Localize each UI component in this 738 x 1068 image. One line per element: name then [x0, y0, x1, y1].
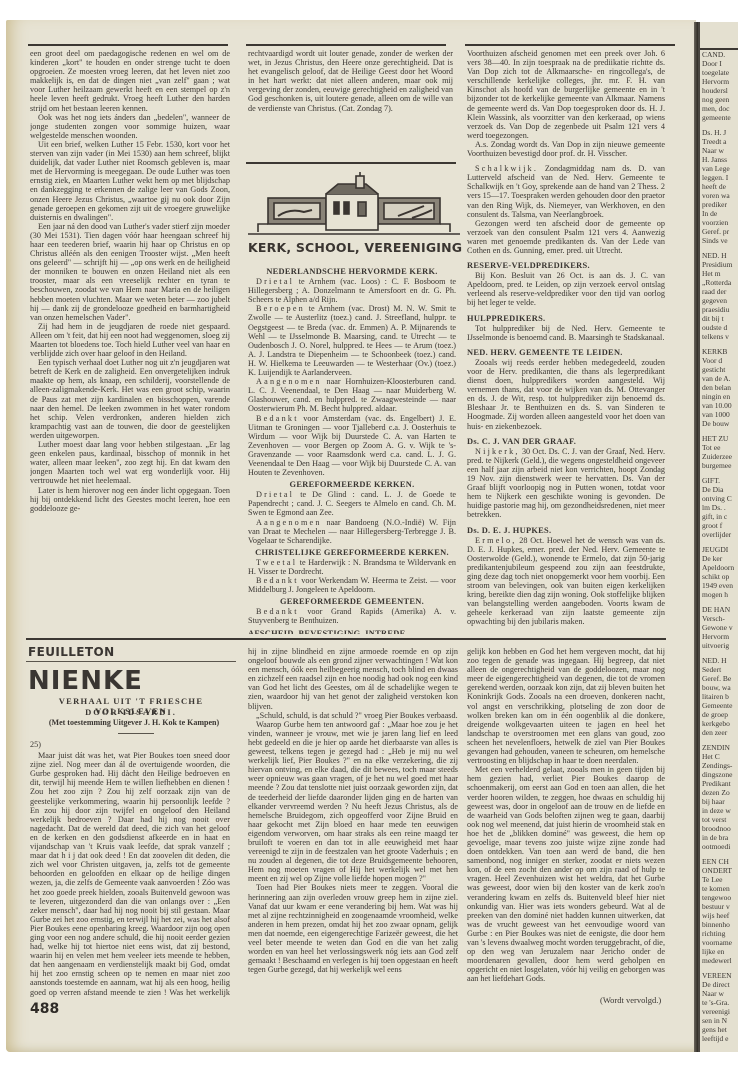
next-page-fragment: bestuur v: [702, 902, 738, 911]
news-heading: AFSCHEID, BEVESTIGING, INTREDE.: [248, 629, 456, 634]
next-page-fragment: te 's-Gra.: [702, 998, 738, 1007]
next-page-fragment: voorname: [702, 938, 738, 947]
next-page-fragment: heeft de: [702, 182, 738, 191]
next-page-fragment: ontving C: [702, 494, 738, 503]
news-item-text: A.s. Zondag wordt ds. Van Dop in zijn ni…: [467, 140, 665, 158]
next-page-fragment: Het C: [702, 752, 738, 761]
next-page-fragment: Door I: [702, 59, 738, 68]
next-page-fragment: Ds. H. J: [702, 128, 738, 137]
next-page-fragment: dit bij t: [702, 314, 738, 323]
next-page-fragment: NED. H: [702, 656, 738, 665]
next-page-fragment: lm Ds. .: [702, 503, 738, 512]
next-page-fragment: Voor d: [702, 356, 738, 365]
news-item-lead: Bedankt: [256, 414, 299, 423]
next-page-fragment: Geref. pr: [702, 227, 738, 236]
next-page-fragment: groot f: [702, 521, 738, 530]
next-page-fragment: NED. H: [702, 251, 738, 260]
article-paragraph: Zij had hem in de jeugdjaren de roede ni…: [30, 322, 230, 358]
next-page-fragment: dingszone: [702, 770, 738, 779]
next-page-fragment: richting: [702, 929, 738, 938]
section-banner: KERK, SCHOOL, VEREENIGING: [248, 172, 460, 250]
next-page-fragment: overlijder: [702, 530, 738, 539]
news-item-lead: Bedankt: [256, 607, 299, 616]
article-paragraph: Uit een brief, welken Luther 15 Febr. 15…: [30, 140, 230, 222]
next-page-fragment: tengewoo: [702, 893, 738, 902]
news-item-lead: Tweetal: [256, 558, 297, 567]
next-page-fragment: EEN CH: [702, 857, 738, 866]
next-page-fragment: uitvoerig: [702, 641, 738, 650]
column-rule: [465, 44, 675, 46]
news-item-text: Tot hulpprediker bij de Ned. Herv. Gemee…: [467, 324, 665, 342]
next-page-fragment: wijs heef: [702, 911, 738, 920]
next-page-fragment: prediker: [702, 200, 738, 209]
next-page-fragment: In de: [702, 209, 738, 218]
article-paragraph: Ook was het nog iets ánders dan „bedelen…: [30, 113, 230, 140]
next-page-fragment: De direct: [702, 980, 738, 989]
news-item: Tweetal te Harderwijk : N. Brandsma te W…: [248, 558, 456, 576]
next-page-fragment: H. Janss: [702, 155, 738, 164]
news-heading: Ds. C. J. VAN DER GRAAF.: [467, 437, 665, 446]
next-page-fragment: 1949 even: [702, 581, 738, 590]
next-page-fragment: toegelate: [702, 68, 738, 77]
next-page-fragment: ONDERT: [702, 866, 738, 875]
next-page-fragment: ningin en: [702, 392, 738, 401]
next-page-fragment: bouw, wa: [702, 683, 738, 692]
next-page-fragment: gens het: [702, 1025, 738, 1034]
next-page-fragment: mogen h: [702, 590, 738, 599]
next-page-fragment: medewerl: [702, 956, 738, 965]
next-page-fragment: van de A.: [702, 374, 738, 383]
next-page-fragment: binnenho: [702, 920, 738, 929]
next-page-fragment: Presidium: [702, 260, 738, 269]
news-item: Tot hulpprediker bij de Ned. Herv. Gemee…: [467, 324, 665, 342]
next-page-fragment: KERKB: [702, 347, 738, 356]
next-page-fragment: De ker: [702, 554, 738, 563]
next-page-fragment: Gemeente: [702, 701, 738, 710]
next-page-fragment: in de bra: [702, 833, 738, 842]
news-heading: NEDERLANDSCHE HERVORMDE KERK.: [248, 267, 456, 276]
story-paragraph: Maar juist dát was het, wat Pier Boukes …: [30, 751, 230, 998]
news-item-lead: Beroepen: [256, 304, 305, 313]
next-page-fragment: van Lege: [702, 164, 738, 173]
next-page-fragment: houdersl: [702, 86, 738, 95]
news-heading: CHRISTELIJKE GEREFORMEERDE KERKEN.: [248, 548, 456, 557]
next-page-fragment: kerkgebo: [702, 719, 738, 728]
news-item: Bedankt voor Grand Rapids (Amerika) A. v…: [248, 607, 456, 625]
next-page-fragment: JEUGDI: [702, 545, 738, 554]
news-item: Aangenomen naar Bandoeng (N.O.-Indië) W.…: [248, 518, 456, 545]
short-rule: [118, 733, 154, 734]
next-page-fragment: van 10.00: [702, 401, 738, 410]
next-page-fragment: Sinds ve: [702, 236, 738, 245]
news-item: Bedankt voor Werkendam W. Heerma te Zeis…: [248, 576, 456, 594]
feuilleton-column-1: 25) Maar juist dát was het, wat Pier Bou…: [30, 740, 230, 998]
news-paragraph: A.s. Zondag wordt ds. Van Dop in zijn ni…: [467, 140, 665, 158]
story-paragraph: Waarop Gurbe hem ten antwoord gaf : „Maa…: [248, 720, 458, 884]
story-title: NIENKE: [28, 666, 143, 696]
next-page-fragment: Zendings-: [702, 761, 738, 770]
news-heading: Ds. D. E. J. HUPKES.: [467, 526, 665, 535]
story-paragraph: gelijk kon hebben en God het hem vergeve…: [467, 647, 665, 765]
next-page-fragment: Gewone v: [702, 623, 738, 632]
next-page-fragment: gift, in c: [702, 512, 738, 521]
next-page-fragment: tot verst: [702, 815, 738, 824]
next-page-fragment: VEREEN: [702, 971, 738, 980]
news-heading: NED. HERV. GEMEENTE TE LEIDEN.: [467, 348, 665, 357]
news-item-text: Voorthuizen afscheid genomen met een pre…: [467, 49, 665, 140]
next-page-fragment: den zeer: [702, 728, 738, 737]
next-page-fragment: dezen Zo: [702, 788, 738, 797]
next-page-fragment: Het m: [702, 269, 738, 278]
next-page-fragment: voorzien: [702, 218, 738, 227]
page-number: 488: [30, 1001, 59, 1017]
news-item-text: 30 Oct. Ds. C. J. van der Graaf, Ned. He…: [467, 447, 665, 520]
next-page-fragment: burgemee: [702, 461, 738, 470]
next-page-fragment: van 1000: [702, 410, 738, 419]
next-page-fragment: bij haar: [702, 797, 738, 806]
next-page-fragment: litairen b: [702, 692, 738, 701]
next-page-fragment: oudste d: [702, 323, 738, 332]
story-paragraph: Met een verhelderd gelaat, zooals men in…: [467, 765, 665, 983]
news-item-text: voor Amsterdam (vac. ds. Engelbert) J. E…: [248, 414, 456, 478]
next-page-fragment: Zuiderzee: [702, 452, 738, 461]
next-page-fragment: schikt op: [702, 572, 738, 581]
news-item: Bij Kon. Besluit van 26 Oct. is aan ds. …: [467, 271, 665, 307]
news-item: Drietal te Arnhem (vac. Loos) : C. F. Bo…: [248, 277, 456, 304]
next-page-fragment: raad der: [702, 287, 738, 296]
news-item-text: 28 Oct. Hoewel het de wensch was van ds.…: [467, 536, 665, 627]
next-page-fragment: Apeldoorn: [702, 563, 738, 572]
news-item-lead: Drietal: [256, 490, 294, 499]
story-permission: (Met toestemming Uitgever J. H. Kok te K…: [28, 718, 240, 727]
to-be-continued: (Wordt vervolgd.): [600, 995, 661, 1005]
church-news-column: NEDERLANDSCHE HERVORMDE KERK.Drietal te …: [248, 264, 456, 634]
news-item-text: Zondagmiddag nam ds. D. van Lutterveld a…: [467, 164, 665, 218]
news-heading: RESERVE-VELDPREDIKERS.: [467, 261, 665, 270]
story-paragraph: Toen had Pier Boukes niets meer te zegge…: [248, 883, 458, 974]
church-with-pen-hands-illustration: [248, 172, 460, 238]
next-page-fragment: Treedt a: [702, 137, 738, 146]
news-item-lead: Ermelo,: [475, 536, 517, 545]
story-paragraph: „Schuld, schuld, is dat schuld ?" vroeg …: [248, 711, 458, 720]
next-page-fragment: Hervorm: [702, 77, 738, 86]
next-page-edge: CAND.Door ItoegelateHervormhouderslnog g…: [698, 22, 738, 1052]
feuilleton-label: FEUILLETON: [28, 645, 115, 659]
next-page-fragment: De bouw: [702, 419, 738, 428]
news-item: Zooals wij reeds eerder hebben medegedee…: [467, 358, 665, 431]
news-item: Beroepen te Arnhem (vac. Drost) M. N. W.…: [248, 304, 456, 377]
next-page-fragment: HET ZU: [702, 434, 738, 443]
news-item-text: Bij Kon. Besluit van 26 Oct. is aan ds. …: [467, 271, 665, 307]
next-page-fragment: ZENDIN: [702, 743, 738, 752]
next-page-fragment: Hervorm: [702, 632, 738, 641]
next-page-fragment: gesticht: [702, 365, 738, 374]
next-page-fragment: de groep: [702, 710, 738, 719]
news-item-lead: Aangenomen: [256, 518, 322, 527]
next-page-fragment: leeftijd e: [702, 1034, 738, 1043]
installment-number: 25): [30, 740, 230, 749]
article-paragraph: een groot deel om paedagogische redenen …: [30, 49, 230, 113]
next-page-fragment: Naar w: [702, 146, 738, 155]
next-page-fragment: Predikant: [702, 779, 738, 788]
next-page-fragment: in deze w: [702, 806, 738, 815]
next-page-fragment: telkens v: [702, 332, 738, 341]
article-continuation: rechtvaardigd wordt uit louter genade, z…: [248, 49, 453, 113]
news-paragraph: Gezongen werd ten afscheid door de gemee…: [467, 219, 665, 255]
news-paragraph: Voorthuizen afscheid genomen met een pre…: [467, 49, 665, 140]
section-rule: [246, 162, 456, 164]
next-page-fragment: Te Lee: [702, 875, 738, 884]
next-page-fragment: CAND.: [702, 50, 738, 59]
next-page-fragment: men, doc: [702, 104, 738, 113]
news-item: Ermelo, 28 Oct. Hoewel het de wensch was…: [467, 536, 665, 627]
next-page-fragment: Versch-: [702, 614, 738, 623]
news-item-text: Gezongen werd ten afscheid door de gemee…: [467, 219, 665, 255]
news-paragraph: Schalkwijk. Zondagmiddag nam ds. D. van …: [467, 164, 665, 219]
news-item-lead: Nijkerk,: [475, 447, 520, 456]
next-page-fragment: sen in N: [702, 1016, 738, 1025]
next-page-fragment: gemeente: [702, 113, 738, 122]
next-page-fragment: vereenigi: [702, 1007, 738, 1016]
news-heading: GEREFORMEERDE GEMEENTEN.: [248, 597, 456, 606]
story-author: DOOR IDSARDI.: [28, 707, 234, 717]
column-rule: [246, 44, 446, 46]
next-page-fragment: te komen: [702, 884, 738, 893]
next-page-fragment: Tot ee: [702, 443, 738, 452]
news-item-text: Zooals wij reeds eerder hebben medegedee…: [467, 358, 665, 431]
news-heading: GEREFORMEERDE KERKEN.: [248, 480, 456, 489]
article-paragraph: Een typisch verhaal doet Luther nog uit …: [30, 358, 230, 440]
story-paragraph: hij in zijne blindheid en zijne armoede …: [248, 647, 458, 711]
news-item-lead: Bedankt: [256, 576, 299, 585]
column-rule: [28, 44, 228, 46]
article-paragraph: Later is hem hierover nog een ánder lich…: [30, 486, 230, 513]
next-page-fragment: broodnoo: [702, 824, 738, 833]
next-page-fragment: Sedert: [702, 665, 738, 674]
article-paragraph: Een jaar ná den dood van Luther's vader …: [30, 222, 230, 322]
next-page-fragment: „Rotterda: [702, 278, 738, 287]
feuilleton-column-2: hij in zijne blindheid en zijne armoede …: [248, 647, 458, 997]
news-item-lead: Drietal: [256, 277, 294, 286]
section-title: KERK, SCHOOL, VEREENIGING: [248, 240, 460, 255]
next-page-fragment: voren wa: [702, 191, 738, 200]
next-page-fragment: ootmoedi: [702, 842, 738, 851]
next-page-fragment: GIFT.: [702, 476, 738, 485]
news-item: Nijkerk, 30 Oct. Ds. C. J. van der Graaf…: [467, 447, 665, 520]
next-page-text-fragments: CAND.Door ItoegelateHervormhouderslnog g…: [700, 50, 738, 1043]
news-item: Bedankt voor Amsterdam (vac. ds. Engelbe…: [248, 414, 456, 478]
next-page-fragment: De Dia: [702, 485, 738, 494]
next-page-fragment: gegeven: [702, 296, 738, 305]
article-paragraph: Luther moest daar lang voor hebben stilg…: [30, 440, 230, 485]
next-page-fragment: praesidiu: [702, 305, 738, 314]
next-page-fragment: lijke en: [702, 947, 738, 956]
news-item-text: te Arnhem (vac. Drost) M. N. W. Smit te …: [248, 304, 456, 377]
news-item-lead: Schalkwijk.: [475, 164, 538, 173]
feuilleton-top-rule: [26, 638, 666, 640]
next-page-fragment: Geref. Be: [702, 674, 738, 683]
next-page-fragment: Naar w: [702, 989, 738, 998]
church-news-column-3: Voorthuizen afscheid genomen met een pre…: [467, 49, 665, 635]
next-page-fragment: den belan: [702, 383, 738, 392]
feuilleton-rule: [26, 661, 236, 662]
news-item-lead: Aangenomen: [256, 377, 322, 386]
news-heading: HULPPREDIKERS.: [467, 314, 665, 323]
luther-article-column-1: een groot deel om paedagogische redenen …: [30, 49, 230, 589]
news-item: Aangenomen naar Hornhuizen-Kloosterburen…: [248, 377, 456, 413]
next-page-fragment: nog geen: [702, 95, 738, 104]
next-page-fragment: leggen. I: [702, 173, 738, 182]
luther-article-column-2: rechtvaardigd wordt uit louter genade, z…: [248, 49, 453, 113]
news-item: Drietal te De Glind : cand. L. J. de Goe…: [248, 490, 456, 517]
next-page-fragment: DE HAN: [702, 605, 738, 614]
feuilleton-column-3: gelijk kon hebben en God het hem vergeve…: [467, 647, 665, 987]
